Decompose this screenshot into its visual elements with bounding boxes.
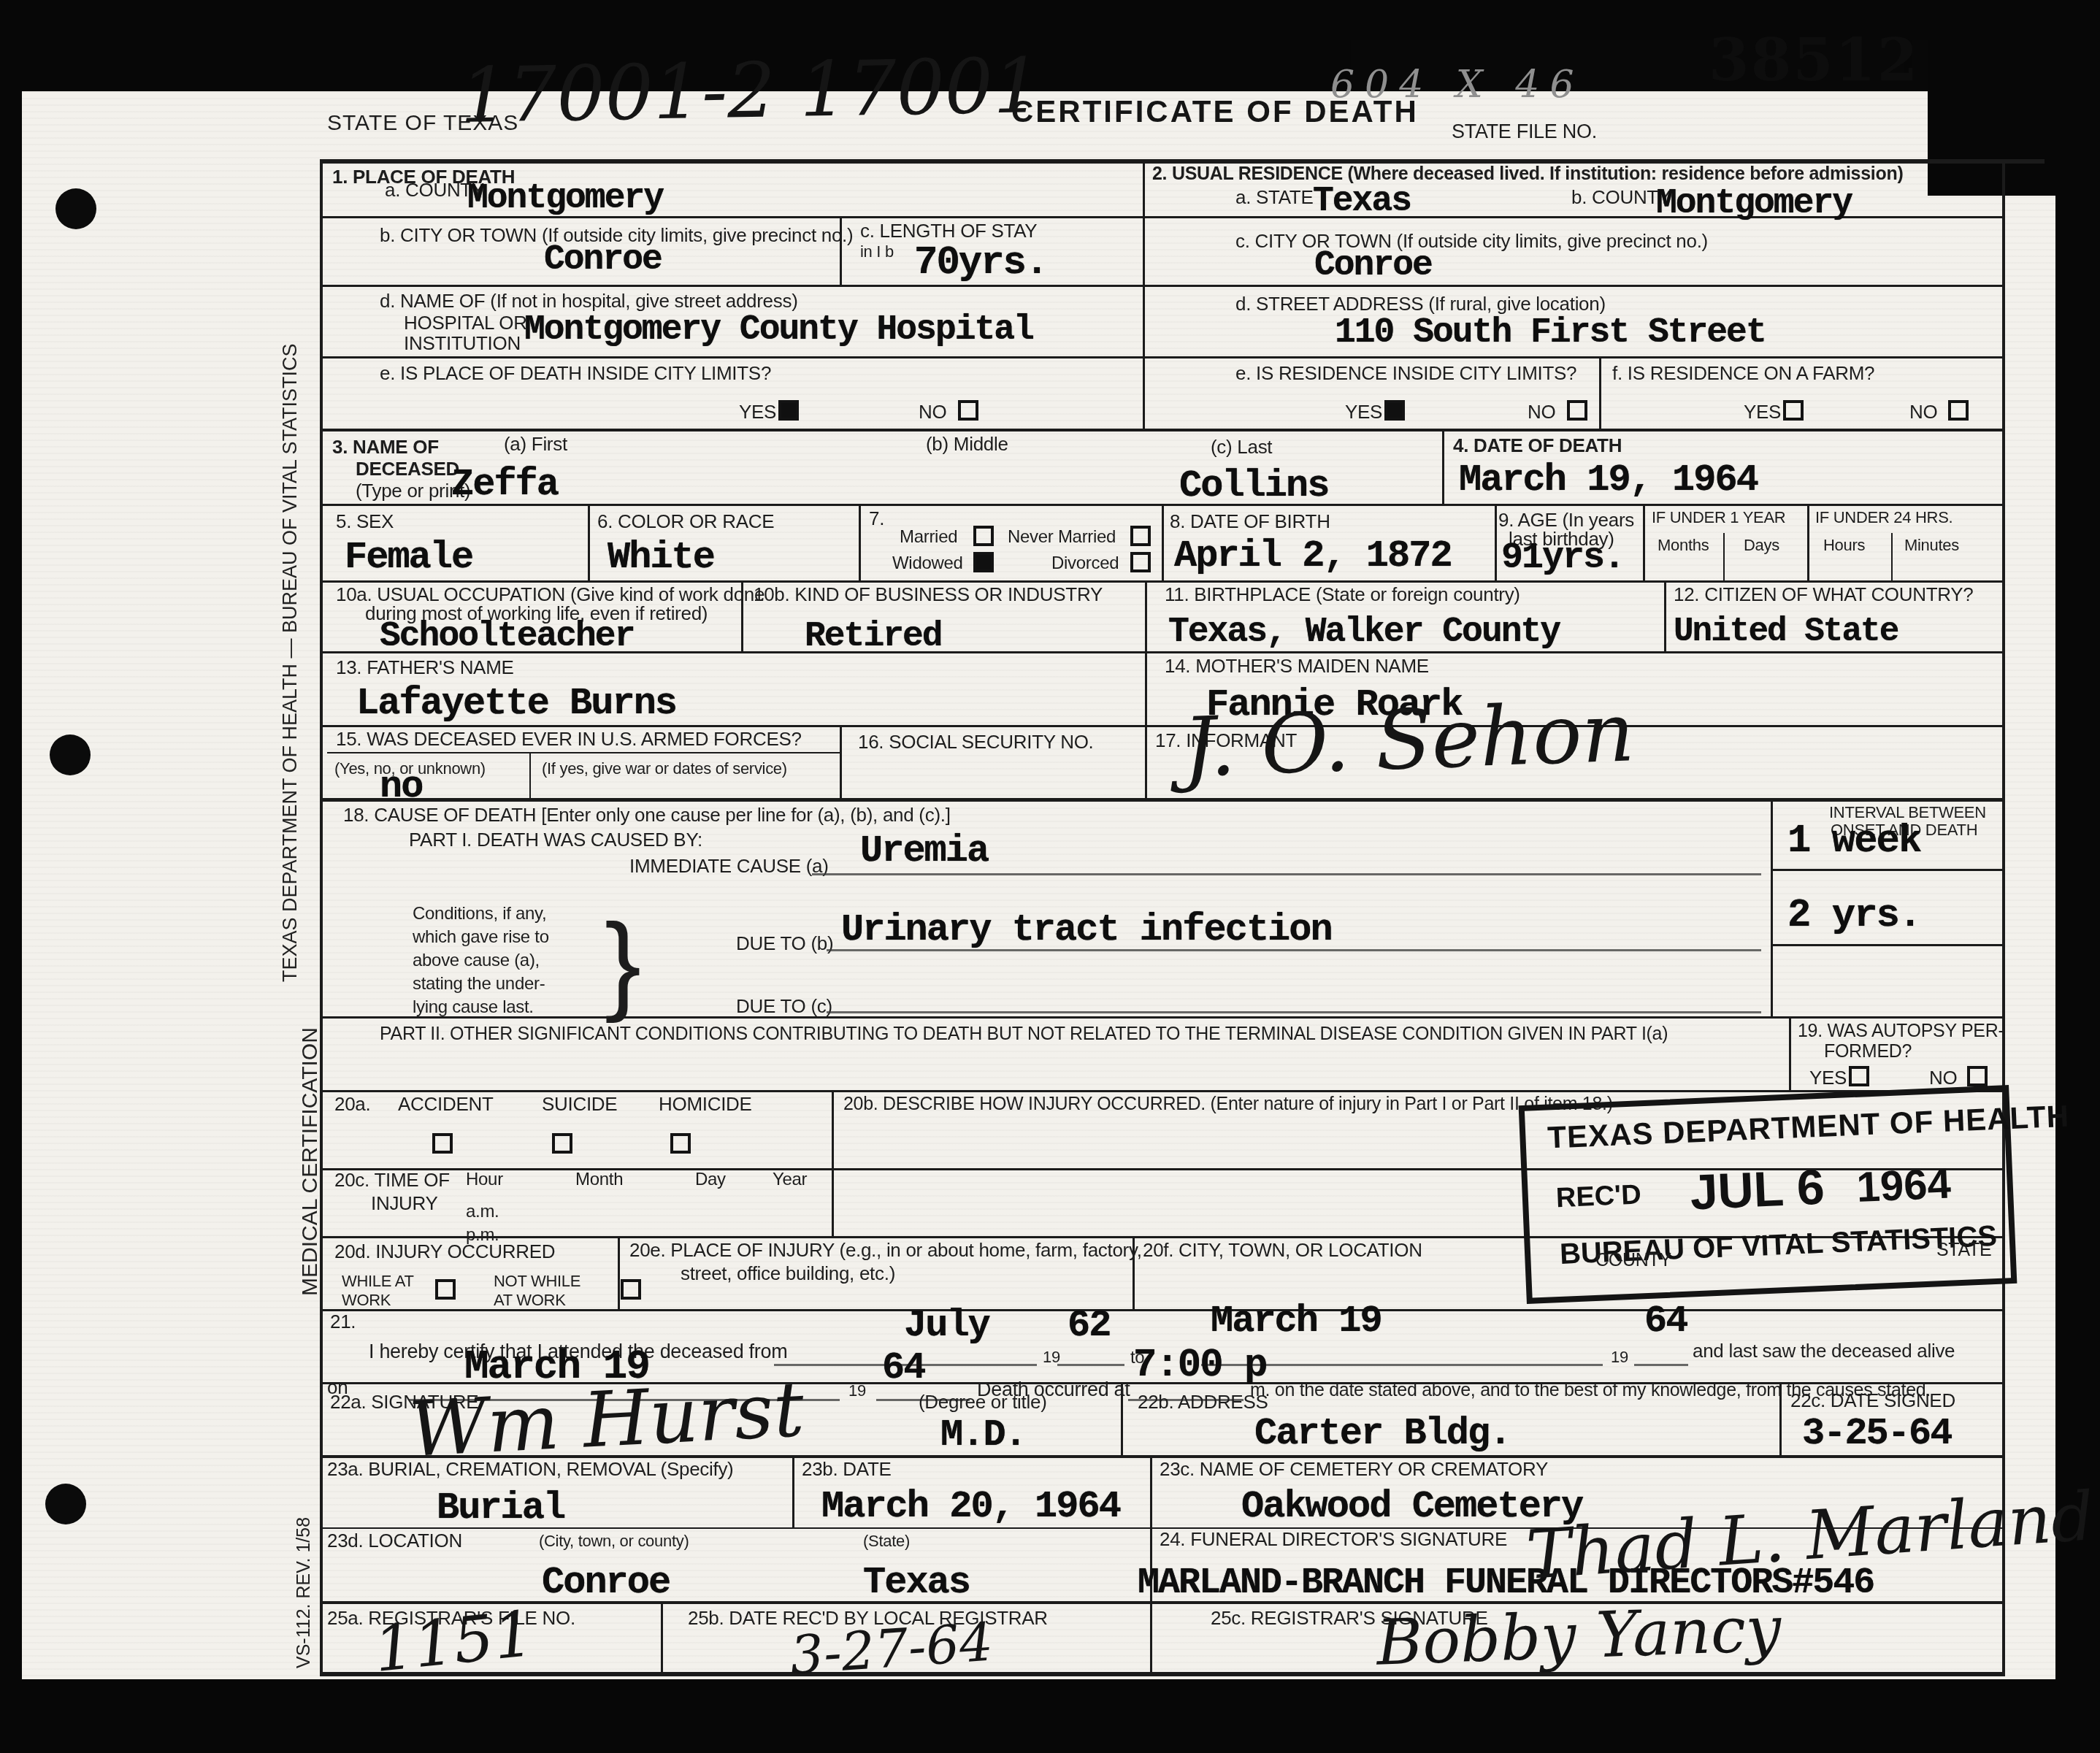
rule [1664, 580, 1666, 651]
field-2b-value: Montgomery [1656, 186, 1852, 221]
sidebar-medical-certification-text: MEDICAL CERTIFICATION [298, 1027, 323, 1296]
field-19-no-label: NO [1929, 1067, 1957, 1089]
am-label: a.m. [466, 1202, 499, 1222]
received-stamp: TEXAS DEPARTMENT OF HEALTH REC'D JUL 6 1… [1519, 1085, 2017, 1304]
rule [1771, 798, 1773, 1016]
field-13-label: 13. FATHER'S NAME [336, 657, 514, 679]
state-file-no-label: STATE FILE NO. [1452, 120, 1597, 143]
field-7-married-label: Married [900, 527, 957, 548]
rule [1789, 1016, 1791, 1090]
rule [1891, 533, 1893, 580]
rule [1771, 944, 2004, 946]
field-20d-label: 20d. INJURY OCCURRED [334, 1241, 555, 1263]
rule [320, 725, 2004, 727]
rule [320, 1090, 2004, 1092]
field-19-label1: 19. WAS AUTOPSY PER- [1798, 1021, 2004, 1042]
scan-border-left [0, 0, 22, 1753]
field-3c-value: Collins [1179, 467, 1328, 505]
field-5-value: Female [345, 539, 472, 577]
stamp-recd: REC'D [1555, 1179, 1641, 1214]
registrar-signature: Bobby Yancy [1376, 1597, 1782, 1674]
checkbox-accident [432, 1133, 453, 1154]
rule [832, 1090, 834, 1236]
checkbox-not-while-at-work [621, 1279, 641, 1300]
field-7-widowed-label: Widowed [892, 553, 963, 574]
rule [320, 285, 2004, 287]
interval-b-value: 2 yrs. [1787, 897, 1920, 936]
field-months-label: Months [1658, 536, 1709, 554]
field-3a-label: (a) First [504, 434, 567, 456]
location-state-value: Texas [863, 1564, 970, 1602]
not-while-at-work-label1: NOT WHILE [494, 1272, 580, 1290]
field-2e-yes-label: YES [1345, 402, 1382, 423]
checkbox-1e-no [958, 400, 978, 421]
rule [1162, 504, 1164, 580]
handwritten-file-number: 17001-2 17001 [459, 47, 1042, 134]
field-2a-value: Texas [1313, 184, 1411, 219]
rule [827, 1011, 1761, 1013]
rule [320, 429, 2004, 431]
field-under-1-year-label: IF UNDER 1 YEAR [1652, 508, 1785, 526]
field-2e-label: e. IS RESIDENCE INSIDE CITY LIMITS? [1235, 363, 1576, 385]
rule [1442, 429, 1444, 504]
due-to-c-label: DUE TO (c) [736, 996, 832, 1018]
field-7-label: 7. [869, 508, 884, 530]
while-at-work-label1: WHILE AT [342, 1272, 414, 1290]
punch-hole [50, 734, 91, 775]
rule [320, 356, 2004, 358]
immediate-cause-label: IMMEDIATE CAUSE (a) [629, 856, 829, 878]
state-footer-label: STATE [1936, 1240, 1991, 1261]
rule [1634, 1364, 1688, 1366]
field-4-value: March 19, 1964 [1459, 461, 1758, 499]
stamp-date: JUL 6 [1689, 1159, 1825, 1221]
rule [320, 580, 2004, 583]
informant-signature: J. O. Sehon [1181, 691, 1636, 789]
conditions-line2: which gave rise to [413, 927, 549, 948]
field-1e-label: e. IS PLACE OF DEATH INSIDE CITY LIMITS? [380, 363, 771, 385]
conditions-line5: lying cause last. [413, 997, 534, 1018]
field-2f-no-label: NO [1909, 402, 1937, 423]
rule [840, 725, 842, 798]
field-23b-label: 23b. DATE [802, 1459, 892, 1481]
field-days-label: Days [1744, 536, 1779, 554]
field-20e-label1: 20e. PLACE OF INJURY (e.g., in or about … [629, 1240, 1142, 1262]
field-hours-label: Hours [1823, 536, 1865, 554]
degree-value: M.D. [940, 1416, 1026, 1454]
field-1c-sublabel: in I b [860, 242, 894, 261]
checkbox-autopsy-no [1967, 1066, 1988, 1086]
field-16-label: 16. SOCIAL SECURITY NO. [858, 732, 1094, 753]
attended-to-date: March 19 [1211, 1303, 1382, 1340]
rule [588, 504, 590, 580]
field-9-value: 91yrs. [1501, 540, 1624, 577]
field-5-label: 5. SEX [336, 511, 394, 533]
field-14-label: 14. MOTHER'S MAIDEN NAME [1165, 656, 1429, 678]
checkbox-homicide [670, 1133, 691, 1154]
field-6-value: White [608, 539, 714, 577]
checkbox-2e-no [1567, 400, 1587, 421]
checkbox-divorced [1130, 552, 1151, 572]
year-prefix: 19 [848, 1381, 866, 1400]
certificate-number: 38512 [1709, 31, 1919, 89]
pencil-notation: 604 X 46 [1330, 66, 1584, 104]
cause-a-value: Uremia [860, 832, 988, 870]
rule [792, 1455, 794, 1527]
rule [827, 949, 1761, 951]
rule [1143, 159, 1145, 429]
rule [859, 504, 861, 580]
field-1d-label: d. NAME OF (If not in hospital, give str… [380, 291, 798, 312]
rule [1057, 1364, 1124, 1366]
sidebar-department-text: TEXAS DEPARTMENT OF HEALTH — BUREAU OF V… [279, 343, 302, 982]
field-22b-label: 22b. ADDRESS [1138, 1392, 1268, 1413]
checkbox-2f-yes [1783, 400, 1804, 421]
burial-date-value: March 20, 1964 [821, 1488, 1120, 1526]
burial-value: Burial [437, 1489, 564, 1527]
field-6-label: 6. COLOR OR RACE [597, 511, 774, 533]
rule [320, 1672, 2004, 1676]
field-13-value: Lafayette Burns [356, 685, 676, 723]
field-20a-label: 20a. [334, 1094, 370, 1116]
field-2-title: 2. USUAL RESIDENCE (Where deceased lived… [1152, 164, 1903, 185]
rule [661, 1601, 663, 1672]
field-12-value: United State [1674, 615, 1898, 648]
field-15-sub2: (If yes, give war or dates of service) [542, 759, 787, 778]
checkbox-married [973, 526, 994, 546]
county-footer-label: COUNTY [1595, 1250, 1671, 1271]
field-3a-value: Zeffa [451, 466, 558, 504]
field-1a-value: Montgomery [467, 181, 663, 216]
location-city-value: Conroe [542, 1564, 670, 1602]
rule [320, 159, 323, 1676]
field-1b-value: Conroe [544, 242, 662, 277]
due-to-b-label: DUE TO (b) [736, 933, 833, 955]
field-1d-label3: INSTITUTION [404, 333, 521, 355]
field-minutes-label: Minutes [1904, 536, 1959, 554]
punch-hole [45, 1484, 86, 1524]
field-2d-label: d. STREET ADDRESS (If rural, give locati… [1235, 294, 1606, 315]
field-18-label: 18. CAUSE OF DEATH [Enter only one cause… [343, 805, 951, 826]
field-2c-label: c. CITY OR TOWN (If outside city limits,… [1235, 231, 1708, 253]
field-11-value: Texas, Walker County [1168, 615, 1560, 650]
scan-border-bottom [0, 1679, 2100, 1753]
field-23d-label: 23d. LOCATION [327, 1530, 462, 1552]
rule [1599, 356, 1601, 429]
registrar-file-no-value: 1151 [371, 1603, 537, 1681]
field-24-label: 24. FUNERAL DIRECTOR'S SIGNATURE [1160, 1529, 1507, 1551]
field-under-24-hrs-label: IF UNDER 24 HRS. [1815, 508, 1953, 526]
field-19-yes-label: YES [1809, 1067, 1847, 1089]
degree-or-title-label: (Degree or title) [919, 1392, 1047, 1413]
field-23a-label: 23a. BURIAL, CREMATION, REMOVAL (Specify… [327, 1459, 733, 1481]
scanned-death-certificate: TEXAS DEPARTMENT OF HEALTH — BUREAU OF V… [0, 0, 2100, 1753]
rule [320, 1309, 2004, 1311]
field-20e-label2: street, office building, etc.) [681, 1263, 895, 1285]
field-7-never-married-label: Never Married [1008, 527, 1116, 548]
field-1d-value: Montgomery County Hospital [524, 312, 1033, 348]
field-7-divorced-label: Divorced [1051, 553, 1119, 574]
accident-label: ACCIDENT [398, 1094, 494, 1116]
field-3-title2: DECEASED [356, 459, 459, 480]
date-signed-value: 3-25-64 [1802, 1415, 1951, 1453]
checkbox-2f-no [1948, 400, 1969, 421]
field-1e-no-label: NO [919, 402, 946, 423]
punch-hole [55, 188, 96, 229]
conditions-line3: above cause (a), [413, 951, 540, 971]
suicide-label: SUICIDE [542, 1094, 617, 1116]
rule [1495, 504, 1497, 580]
field-3-title1: 3. NAME OF [332, 437, 439, 459]
rule [812, 873, 1761, 875]
year-label: Year [773, 1170, 807, 1190]
field-2f-label: f. IS RESIDENCE ON A FARM? [1612, 363, 1874, 385]
field-2e-no-label: NO [1528, 402, 1555, 423]
hour-label: Hour [466, 1170, 503, 1190]
stamp-year: 1964 [1855, 1159, 1952, 1212]
field-3c-label: (c) Last [1211, 437, 1272, 459]
while-at-work-label2: WORK [342, 1291, 391, 1309]
conditions-line1: Conditions, if any, [413, 904, 546, 924]
checkbox-suicide [552, 1133, 572, 1154]
rule [529, 752, 531, 798]
not-while-at-work-label2: AT WORK [494, 1291, 566, 1309]
field-21-label: 21. [330, 1311, 356, 1333]
checkbox-widowed [973, 552, 994, 572]
rule [327, 752, 840, 753]
field-1d-label2: HOSPITAL OR [404, 312, 527, 334]
sidebar-form-number: VS-112. REV. 1/58 [294, 1517, 315, 1668]
rule [320, 798, 2004, 802]
address-value: Carter Bldg. [1254, 1415, 1510, 1453]
field-2a-label: a. STATE [1235, 187, 1313, 209]
field-8-label: 8. DATE OF BIRTH [1170, 511, 1330, 533]
field-3b-label: (b) Middle [926, 434, 1008, 456]
field-1c-value: 70yrs. [914, 244, 1047, 283]
field-20c-label2: INJURY [371, 1193, 438, 1215]
checkbox-while-at-work [435, 1279, 456, 1300]
checkbox-autopsy-yes [1849, 1066, 1869, 1086]
attended-from-year: 62 [1068, 1307, 1110, 1345]
interval-a-value: 1 week [1787, 822, 1920, 862]
field-11-label: 11. BIRTHPLACE (State or foreign country… [1165, 584, 1520, 606]
field-23d-sub2: (State) [863, 1532, 910, 1550]
rule [2002, 159, 2005, 1676]
field-15-value: no [380, 768, 422, 806]
field-20c-label1: 20c. TIME OF [334, 1170, 450, 1192]
last-seen-year: 64 [882, 1349, 924, 1387]
rule [320, 1016, 2004, 1019]
stamp-line1: TEXAS DEPARTMENT OF HEALTH [1547, 1099, 2069, 1156]
certify-text2: and last saw the deceased alive [1693, 1340, 1955, 1362]
checkbox-never-married [1130, 526, 1151, 546]
field-19-label2: FORMED? [1824, 1041, 1912, 1062]
field-23d-sub1: (City, town, or county) [539, 1532, 689, 1550]
cause-b-value: Urinary tract infection [841, 911, 1332, 949]
field-2c-value: Conroe [1314, 248, 1432, 283]
field-20f-label: 20f. CITY, TOWN, OR LOCATION [1143, 1240, 1422, 1262]
field-2f-yes-label: YES [1744, 402, 1781, 423]
death-time-value: 7:00 p [1133, 1346, 1266, 1386]
rule [1643, 504, 1645, 580]
rule [1723, 533, 1725, 580]
attended-to-year: 64 [1644, 1303, 1687, 1340]
rule [1771, 869, 2004, 871]
conditions-line4: stating the under- [413, 974, 545, 994]
field-1e-yes-label: YES [739, 402, 776, 423]
field-2d-value: 110 South First Street [1335, 315, 1766, 350]
field-10b-label: 10b. KIND OF BUSINESS OR INDUSTRY [754, 584, 1103, 606]
month-label: Month [575, 1170, 623, 1190]
day-label: Day [695, 1170, 726, 1190]
field-12-label: 12. CITIZEN OF WHAT COUNTRY? [1674, 584, 1974, 606]
field-15-label: 15. WAS DECEASED EVER IN U.S. ARMED FORC… [336, 729, 802, 751]
field-18-part1-label: PART I. DEATH WAS CAUSED BY: [409, 829, 702, 851]
field-10b-value: Retired [805, 619, 942, 654]
field-1c-label: c. LENGTH OF STAY [860, 220, 1037, 242]
date-received-value: 3-27-64 [789, 1615, 995, 1681]
field-22c-label: 22c. DATE SIGNED [1790, 1390, 1955, 1412]
rule [1807, 504, 1809, 580]
homicide-label: HOMICIDE [659, 1094, 752, 1116]
attended-from-month: July [904, 1307, 989, 1345]
checkbox-2e-yes [1384, 400, 1405, 421]
year-prefix: 19 [1611, 1348, 1628, 1366]
physician-signature: Wm Hurst [407, 1371, 806, 1468]
field-23c-label: 23c. NAME OF CEMETERY OR CREMATORY [1160, 1459, 1548, 1481]
field-10a-value: Schoolteacher [380, 619, 634, 654]
field-8-value: April 2, 1872 [1174, 537, 1452, 575]
checkbox-1e-yes [778, 400, 799, 421]
brace-glyph: } [605, 899, 641, 1026]
rule [1145, 580, 1147, 798]
field-20b-label: 20b. DESCRIBE HOW INJURY OCCURRED. (Ente… [843, 1094, 1613, 1115]
field-18-part2-label: PART II. OTHER SIGNIFICANT CONDITIONS CO… [380, 1024, 1668, 1045]
rule [618, 1236, 620, 1309]
field-4-label: 4. DATE OF DEATH [1453, 435, 1622, 457]
